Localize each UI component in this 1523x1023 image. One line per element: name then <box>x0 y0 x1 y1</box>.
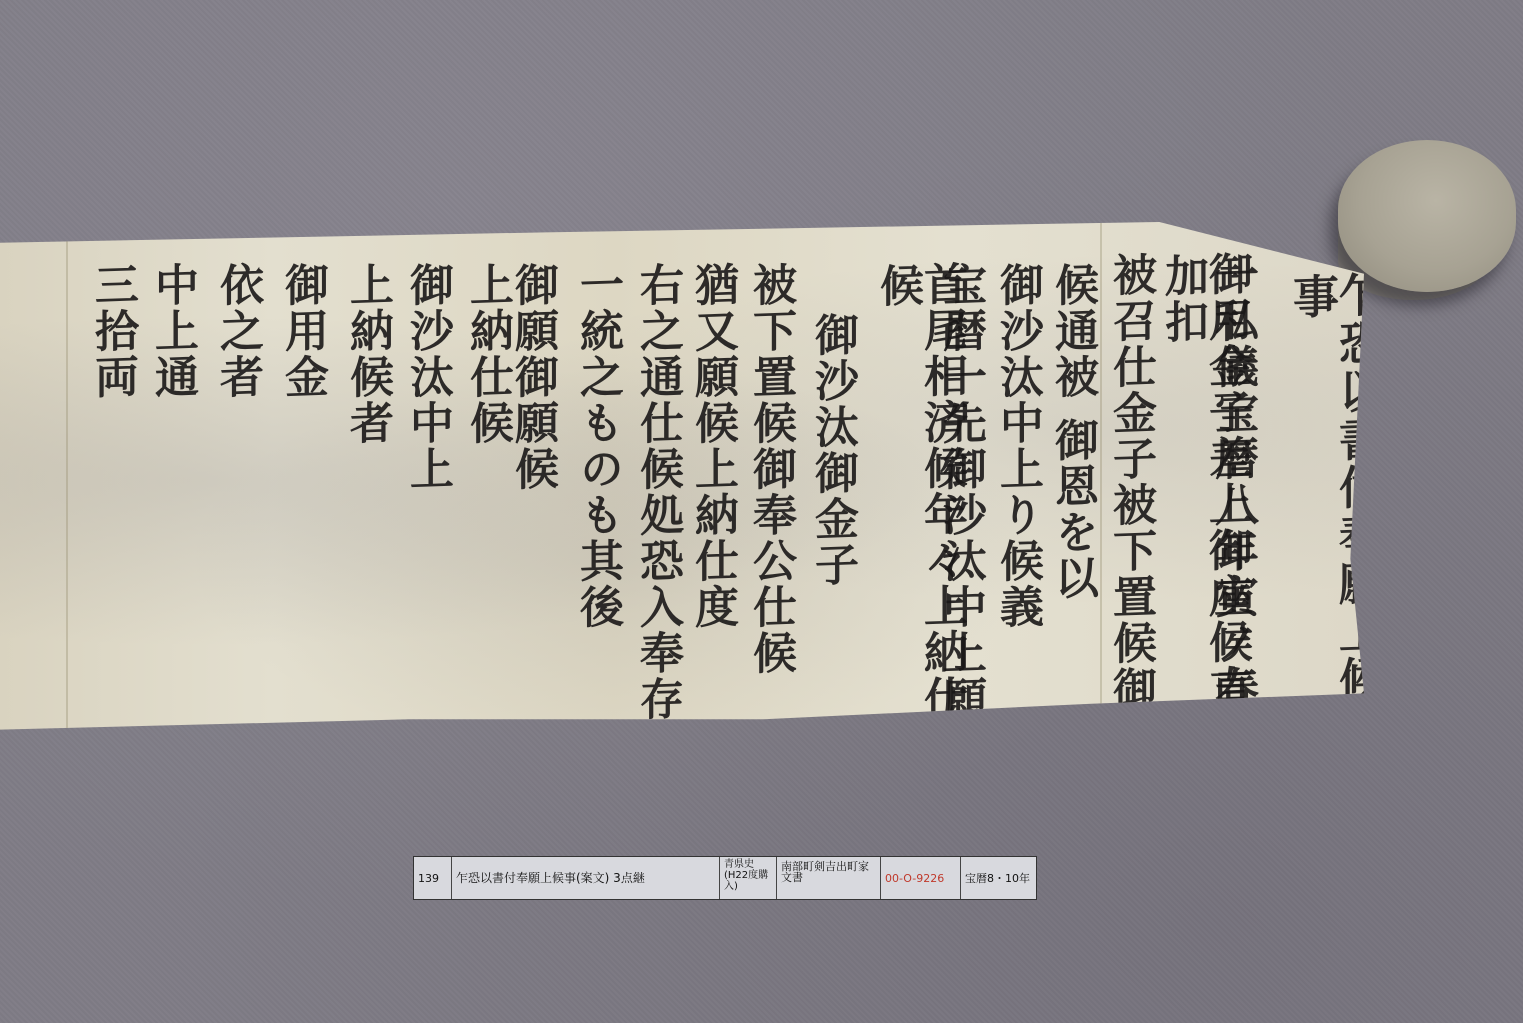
collection-owner: 南部町剣吉出町家文書 <box>777 857 881 899</box>
paperweight <box>1338 140 1516 292</box>
scroll-document: 乍恐以書付奉願上候事 一私儀宝暦八年寅ノ春 御用金子差上御座候直加扣 被召仕金子… <box>0 222 1364 740</box>
text-column: 右之通仕候処恐入奉存 <box>635 261 679 723</box>
text-column: 猶又願候上納仕度 <box>690 261 734 631</box>
acquisition-source: 青県史(H22度購入) <box>720 857 777 899</box>
text-column: 御用金子差上御座候直加扣 <box>1160 250 1248 741</box>
text-column: 被召仕金子被下置候御 <box>1108 251 1152 713</box>
text-column: 上納仕候 <box>465 261 509 447</box>
text-column: 一統之ものも其後 <box>575 261 619 631</box>
text-column: 三拾両 <box>90 261 134 401</box>
text-column: 御沙汰中上り候義 <box>995 261 1039 631</box>
text-column: 御用金 <box>280 261 324 401</box>
archive-code: 00-O-9226 <box>881 857 961 899</box>
text-column: 中上通 <box>150 261 194 401</box>
text-column: 首尾相済候年々上納仕候 <box>875 260 963 741</box>
text-column: 依之者 <box>215 261 259 401</box>
document-date: 宝暦8・10年 <box>961 857 1036 899</box>
text-column: 候通被 御恩を以 <box>1050 261 1094 602</box>
text-column: 御沙汰中上 <box>405 261 449 493</box>
handwritten-text: 乍恐以書付奉願上候事 一私儀宝暦八年寅ノ春 御用金子差上御座候直加扣 被召仕金子… <box>0 222 1364 740</box>
text-column: 被下置候御奉公仕候 <box>748 261 792 677</box>
document-title: 乍恐以書付奉願上候事(案文) 3点継 <box>452 857 720 899</box>
text-column: 上納候者 <box>345 261 389 447</box>
text-column: 御沙汰御金子 <box>810 311 854 589</box>
text-column: 御願御願候 <box>510 261 554 493</box>
catalog-label: 139 乍恐以書付奉願上候事(案文) 3点継 青県史(H22度購入) 南部町剣吉… <box>413 856 1037 900</box>
catalog-number: 139 <box>414 857 452 899</box>
